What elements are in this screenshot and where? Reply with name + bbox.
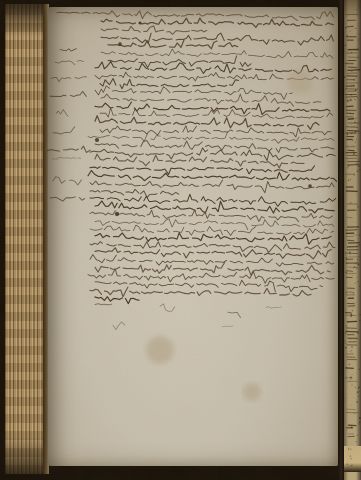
facing-page-text-row: [347, 321, 357, 322]
facing-page-speckle: [354, 335, 355, 336]
facing-page-text-row: [346, 292, 354, 293]
facing-page-speckle: [350, 291, 351, 292]
facing-page-speckle: [354, 86, 355, 87]
facing-page-speckle: [353, 79, 355, 81]
facing-page-speckle: [354, 99, 355, 100]
facing-page-speckle: [354, 267, 355, 268]
facing-page-speckle: [358, 171, 359, 172]
facing-page-text-row: [348, 67, 357, 68]
facing-page-speckle: [356, 139, 357, 140]
ink-blot: [95, 138, 99, 142]
facing-page-speckle: [350, 31, 351, 32]
facing-page-speckle: [345, 109, 346, 110]
facing-page-speckle: [351, 71, 352, 72]
text-line: [108, 40, 238, 49]
facing-page-speckle: [350, 339, 351, 340]
facing-page-speckle: [350, 99, 351, 100]
text-line: [90, 225, 334, 235]
facing-page-speckle: [347, 357, 348, 358]
facing-page-speckle: [358, 298, 359, 299]
stray-mark: [95, 304, 112, 305]
facing-page-speckle: [353, 294, 354, 295]
facing-page-speckle: [355, 131, 357, 133]
facing-page-speckle: [350, 253, 351, 254]
facing-page-text-row: [347, 83, 359, 84]
facing-page-speckle: [357, 401, 358, 402]
facing-page-speckle: [358, 388, 359, 389]
facing-page-speckle: [357, 435, 358, 436]
facing-page-speckle: [351, 124, 352, 125]
facing-page-speckle: [352, 352, 353, 353]
text-line: [95, 141, 334, 153]
facing-page-speckle: [350, 115, 351, 116]
margin-note: [51, 77, 87, 82]
facing-page-text-row: [346, 271, 352, 272]
facing-page-speckle: [346, 325, 347, 326]
facing-page-speckle: [351, 350, 352, 351]
facing-page-speckle: [359, 169, 360, 170]
facing-page-speckle: [345, 343, 346, 344]
text-line: [95, 116, 319, 130]
text-line: [90, 180, 334, 193]
facing-page-speckle: [350, 314, 352, 316]
margin-note: [52, 157, 81, 159]
text-line: [88, 171, 337, 182]
facing-page-speckle: [349, 351, 350, 352]
facing-page-speckle: [355, 99, 356, 100]
facing-page-speckle: [353, 153, 355, 155]
facing-page-text-row: [346, 236, 354, 237]
facing-page-speckle: [358, 281, 359, 282]
facing-page-speckle: [347, 113, 348, 114]
facing-page-speckle: [358, 165, 360, 167]
facing-page-speckle: [350, 458, 352, 460]
facing-page-text-row: [348, 119, 355, 120]
facing-page-text-row: [347, 165, 359, 166]
facing-page-speckle: [347, 101, 349, 103]
facing-page-speckle: [352, 133, 353, 134]
facing-page-text-row: [346, 97, 357, 98]
ink-blot: [115, 212, 119, 216]
facing-page-speckle: [350, 465, 351, 466]
facing-page-speckle: [349, 31, 350, 32]
facing-page-speckle: [359, 314, 360, 315]
facing-page-speckle: [359, 244, 361, 246]
text-line: [95, 86, 293, 100]
facing-page-speckle: [344, 76, 346, 78]
facing-page-speckle: [356, 441, 357, 442]
facing-page-speckle: [345, 27, 346, 28]
ink-blot: [118, 42, 122, 46]
text-line: [95, 280, 323, 292]
facing-page-speckle: [347, 167, 349, 169]
paper-stain: [243, 383, 261, 401]
facing-page-speckle: [345, 45, 346, 46]
text-line: [90, 189, 179, 197]
facing-page-speckle: [350, 94, 351, 95]
facing-page-speckle: [345, 271, 347, 273]
facing-page-speckle: [359, 82, 360, 83]
facing-page-speckle: [354, 266, 355, 267]
facing-page-text-row: [347, 357, 356, 358]
text-line: [95, 233, 331, 244]
facing-page-speckle: [347, 35, 348, 36]
facing-page-text-row: [345, 313, 352, 314]
facing-page-text-row: [346, 230, 358, 231]
facing-page-speckle: [350, 455, 351, 456]
facing-page-speckle: [350, 315, 352, 317]
facing-page-speckle: [343, 340, 345, 342]
facing-page-speckle: [353, 174, 355, 176]
facing-page-speckle: [356, 277, 357, 278]
facing-page-speckle: [354, 234, 355, 235]
facing-page-speckle: [358, 423, 359, 424]
handwriting-layer: [0, 0, 361, 480]
facing-page-speckle: [352, 275, 353, 276]
facing-page-speckle: [355, 78, 356, 79]
facing-page-speckle: [345, 347, 347, 349]
text-line: [93, 11, 334, 21]
facing-page-speckle: [350, 379, 351, 380]
facing-page-speckle: [348, 165, 349, 166]
stray-mark: [222, 326, 233, 327]
facing-page-speckle: [358, 386, 360, 388]
facing-page-speckle: [356, 402, 357, 403]
facing-page-speckle: [354, 398, 355, 399]
facing-page-speckle: [359, 6, 361, 8]
facing-page-text-row: [347, 26, 354, 27]
ink-blot: [308, 184, 312, 188]
text-line: [95, 263, 330, 276]
facing-page-speckle: [354, 282, 355, 283]
text-line: [108, 56, 251, 68]
facing-page-speckle: [359, 391, 360, 392]
margin-note: [57, 12, 90, 13]
facing-page-speckle: [351, 427, 353, 429]
facing-page-speckle: [354, 413, 355, 414]
facing-page-speckle: [348, 180, 349, 181]
text-line: [90, 242, 335, 253]
facing-page-speckle: [359, 320, 361, 322]
margin-note: [47, 146, 90, 152]
facing-page-speckle: [356, 163, 357, 164]
facing-page-speckle: [359, 417, 361, 419]
stray-mark: [160, 304, 175, 312]
stray-mark: [266, 307, 282, 309]
text-line: [101, 26, 207, 34]
facing-page-speckle: [346, 463, 348, 465]
facing-page-speckle: [348, 448, 350, 450]
facing-page-speckle: [350, 179, 351, 180]
facing-page-speckle: [359, 369, 360, 370]
facing-page-speckle: [359, 286, 360, 287]
facing-page-speckle: [348, 211, 349, 212]
facing-page-speckle: [358, 159, 359, 160]
facing-page-speckle: [348, 162, 349, 163]
facing-page-speckle: [351, 52, 353, 54]
stray-mark: [113, 322, 125, 330]
facing-page-speckle: [351, 377, 352, 378]
facing-page-speckle: [356, 267, 357, 268]
facing-page-speckle: [355, 90, 356, 91]
facing-page-speckle: [347, 145, 348, 146]
facing-page-speckle: [356, 9, 357, 10]
facing-page-speckle: [345, 398, 346, 399]
facing-page-speckle: [358, 264, 360, 266]
text-line: [90, 148, 335, 161]
facing-page-text-row: [346, 331, 359, 332]
text-line: [90, 210, 333, 222]
text-line: [101, 18, 333, 27]
facing-page-speckle: [354, 221, 355, 222]
facing-page-speckle: [357, 259, 358, 260]
facing-page-speckle: [347, 53, 348, 54]
facing-page-speckle: [355, 263, 356, 264]
facing-page-speckle: [358, 39, 359, 40]
facing-page-speckle: [360, 142, 361, 143]
margin-note: [53, 127, 75, 135]
text-line: [90, 287, 311, 297]
facing-page-speckle: [358, 133, 359, 134]
margin-note: [53, 177, 82, 185]
facing-page-text-row: [347, 131, 359, 132]
margin-note: [56, 110, 68, 117]
ink-blot: [139, 22, 142, 25]
facing-page-speckle: [355, 387, 356, 388]
margin-note: [60, 49, 77, 52]
facing-page-speckle: [358, 396, 359, 397]
facing-page-speckle: [351, 425, 352, 426]
facing-page-speckle: [357, 97, 358, 98]
facing-page-speckle: [355, 210, 356, 211]
facing-page-text-row: [348, 436, 355, 437]
facing-page-speckle: [359, 132, 360, 133]
facing-page-speckle: [359, 38, 360, 39]
facing-page-speckle: [351, 405, 352, 406]
facing-page-speckle: [357, 333, 358, 334]
facing-page-text-row: [346, 191, 358, 192]
margin-note: [55, 61, 84, 65]
facing-page-speckle: [352, 140, 353, 141]
facing-page-speckle: [351, 346, 353, 348]
text-line: [95, 297, 139, 304]
text-line: [90, 194, 336, 206]
text-line: [95, 102, 330, 115]
facing-page-text-row: [348, 150, 355, 151]
text-line: [100, 79, 239, 89]
facing-page-speckle: [346, 292, 347, 293]
text-line: [95, 248, 331, 259]
facing-page-speckle: [343, 153, 344, 154]
facing-page-speckle: [354, 120, 355, 121]
facing-page-text-row: [348, 267, 358, 268]
facing-page-speckle: [346, 257, 348, 259]
facing-page-speckle: [350, 112, 351, 113]
text-line: [101, 33, 333, 45]
facing-page-speckle: [357, 206, 358, 207]
facing-page-text-row: [345, 368, 353, 369]
facing-page-speckle: [345, 332, 346, 333]
facing-page-speckle: [345, 49, 346, 50]
book-photo: Photographed page of a bound early-moder…: [0, 0, 361, 480]
facing-page-speckle: [353, 359, 354, 360]
facing-page-speckle: [347, 134, 348, 135]
margin-note: [50, 91, 86, 96]
facing-page-speckle: [349, 363, 351, 365]
paper-stain: [146, 336, 174, 364]
facing-page-text-row: [346, 106, 353, 107]
facing-page-speckle: [351, 127, 352, 128]
facing-page-speckle: [357, 99, 358, 100]
facing-page-speckle: [355, 28, 356, 29]
facing-page-speckle: [355, 142, 356, 143]
stray-mark: [228, 312, 241, 317]
facing-page-speckle: [351, 89, 352, 90]
facing-page-speckle: [354, 122, 355, 123]
paper-stain: [288, 70, 312, 94]
facing-page-text-row: [348, 306, 356, 307]
facing-page-speckle: [351, 86, 352, 87]
facing-page-speckle: [359, 235, 360, 236]
facing-page-text-row: [348, 70, 361, 71]
facing-page-speckle: [352, 310, 353, 311]
text-line: [90, 255, 334, 267]
facing-page-speckle: [350, 246, 351, 247]
facing-page-speckle: [352, 374, 353, 375]
facing-page-speckle: [359, 329, 360, 330]
text-line: [101, 49, 333, 58]
facing-page-speckle: [355, 302, 356, 303]
margin-note: [50, 197, 85, 201]
facing-page-speckle: [357, 391, 359, 393]
facing-page-speckle: [354, 126, 355, 127]
facing-page-speckle: [353, 292, 354, 293]
facing-page-text-row: [347, 240, 354, 241]
text-line: [101, 94, 321, 106]
text-line: [90, 166, 315, 175]
facing-page-speckle: [351, 357, 352, 358]
facing-page-speckle: [359, 421, 361, 423]
facing-page-speckle: [356, 234, 357, 235]
facing-page-speckle: [352, 271, 353, 272]
text-line: [100, 126, 331, 137]
facing-page-speckle: [351, 385, 352, 386]
facing-page-speckle: [359, 34, 360, 35]
facing-page-speckle: [355, 117, 357, 119]
facing-page-speckle: [353, 307, 354, 308]
facing-page-speckle: [350, 133, 351, 134]
facing-page-speckle: [350, 202, 351, 203]
facing-page-speckle: [350, 284, 351, 285]
facing-page-speckle: [350, 449, 351, 450]
facing-page-speckle: [357, 170, 358, 171]
facing-page-speckle: [349, 251, 351, 253]
